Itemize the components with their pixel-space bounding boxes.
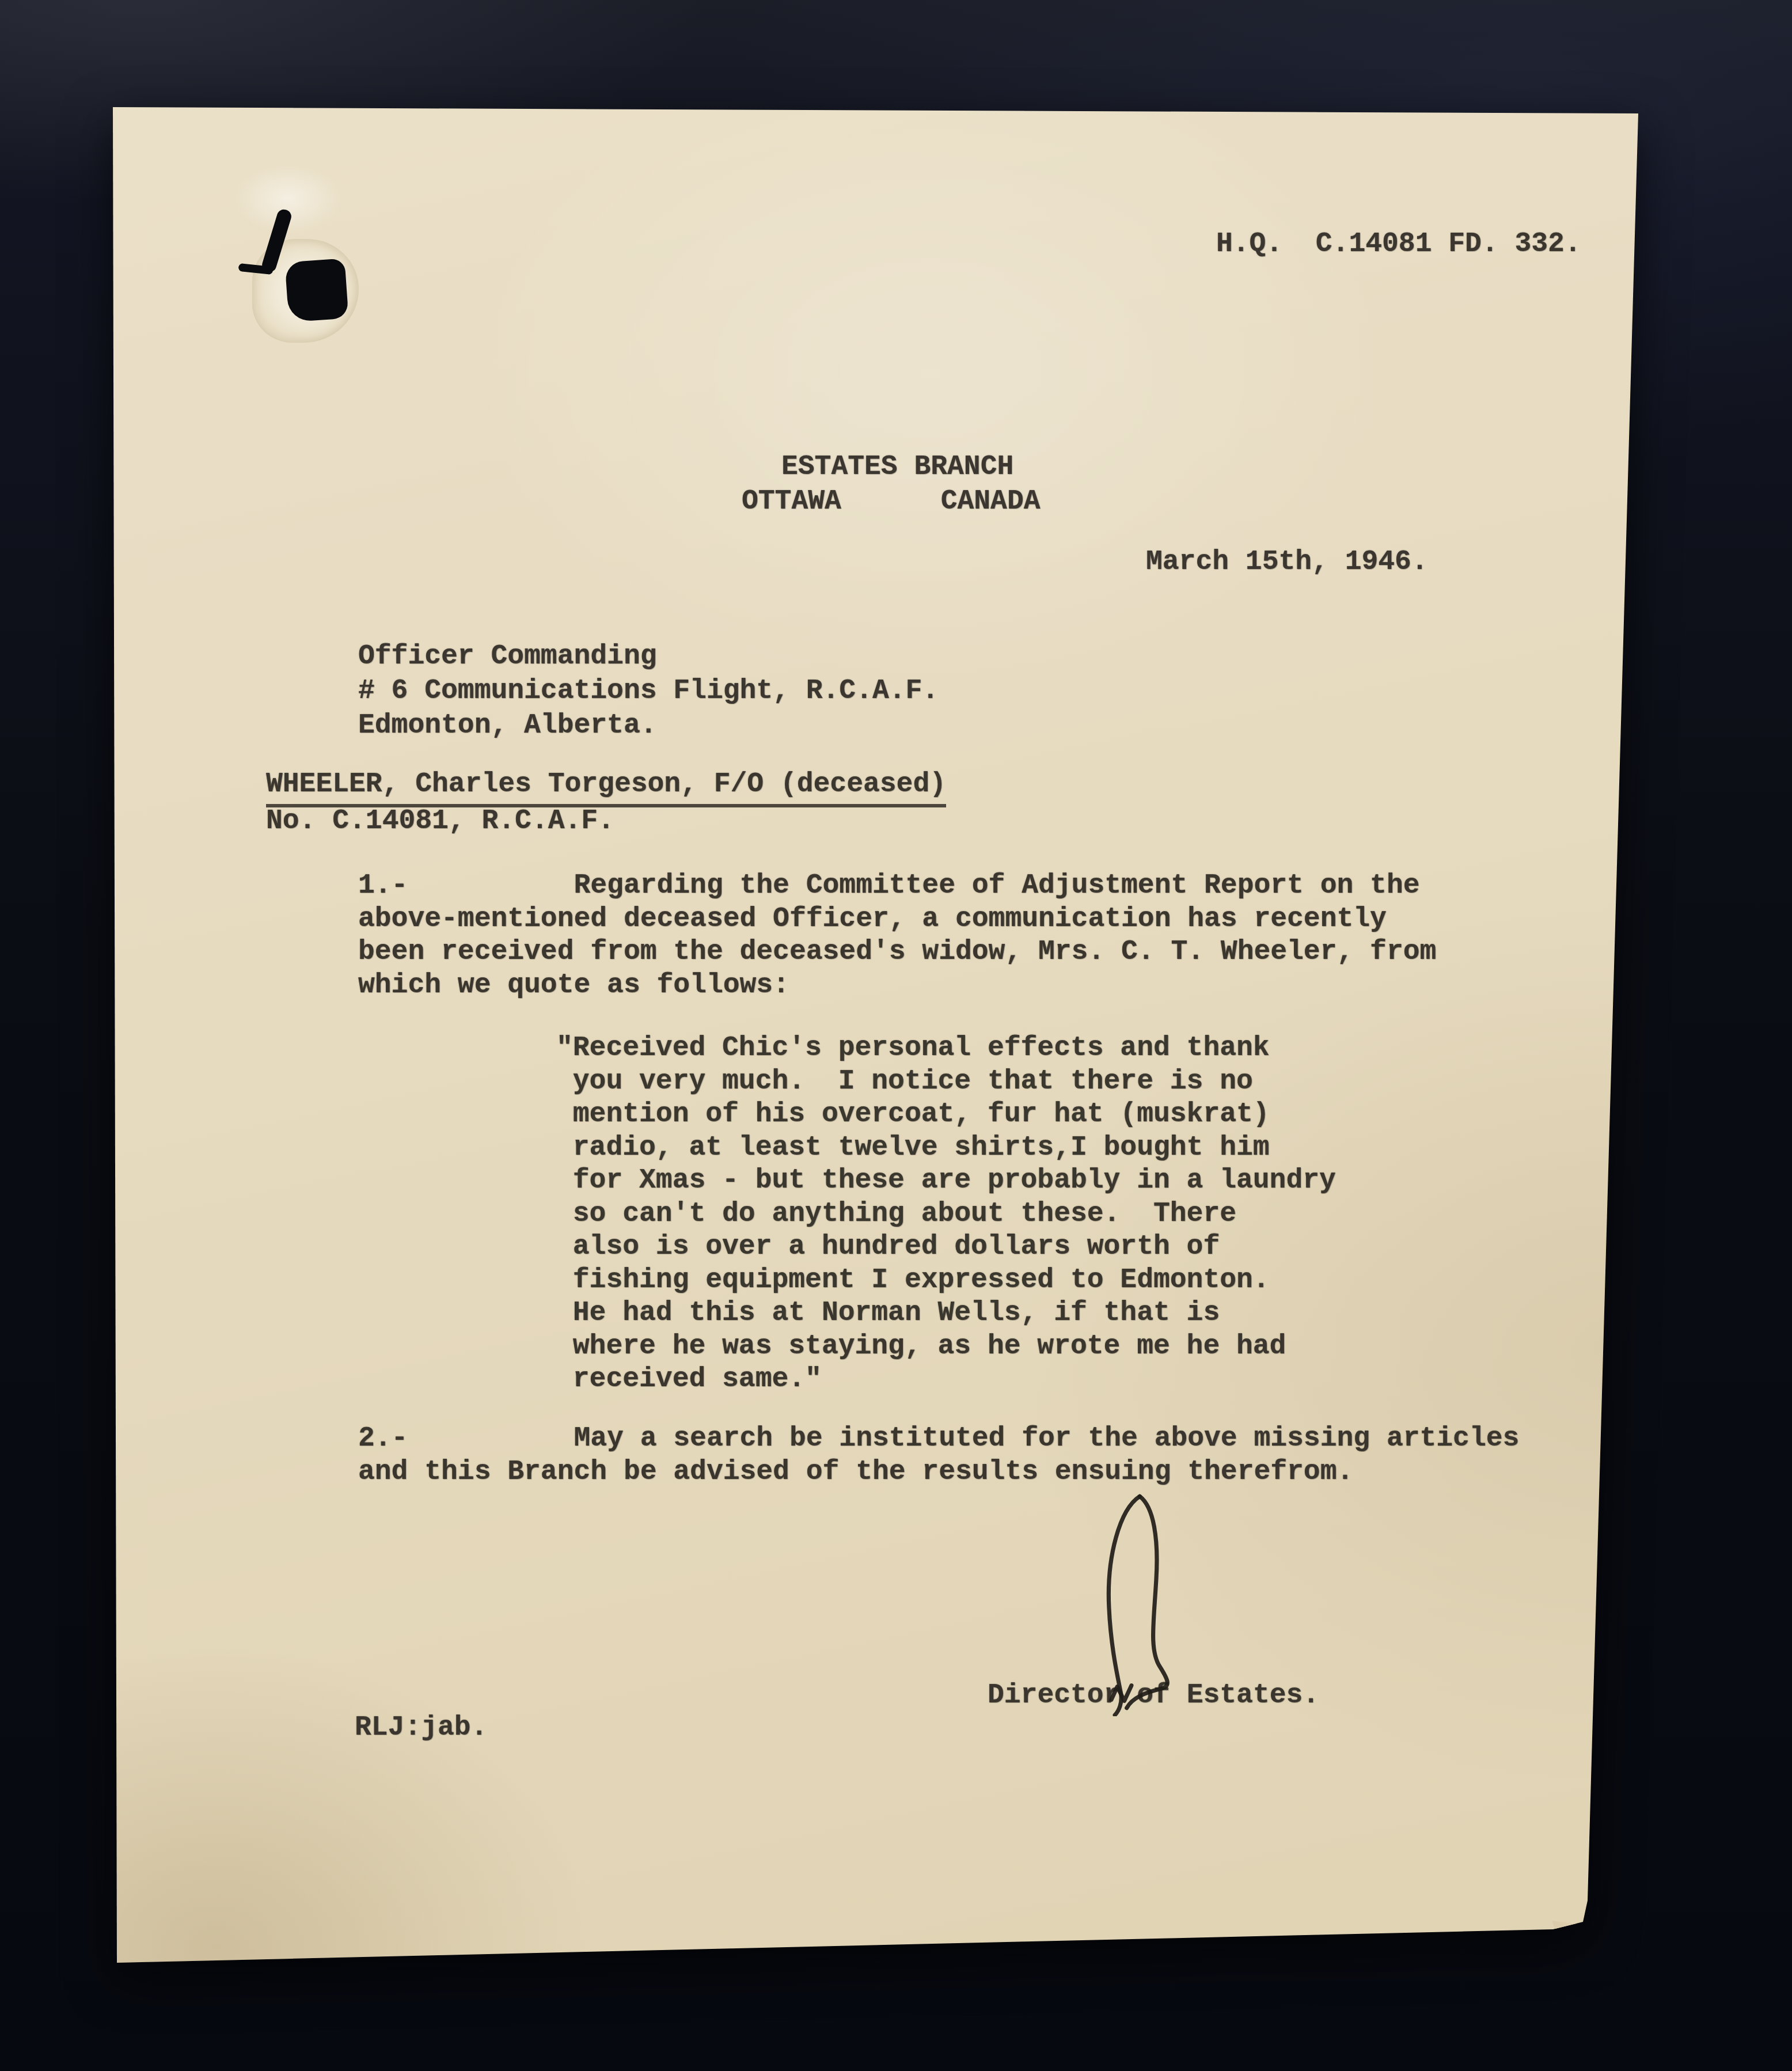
recipient-address-block: Officer Commanding# 6 Communications Fli… [358, 639, 939, 743]
paper-sheet: H.Q. C.14081 FD. 332. ESTATES BRANCH OTT… [0, 0, 1792, 2071]
letterhead-organization: ESTATES BRANCH [781, 451, 1013, 484]
punch-hole [284, 258, 348, 322]
subject-service-number: No. C.14081, R.C.A.F. [266, 805, 614, 839]
paragraph-1: 1.- Regarding the Committee of Adjustmen… [358, 870, 1436, 1002]
signature-scribble [1069, 1492, 1201, 1716]
subject-line-underlined: WHEELER, Charles Torgeson, F/O (deceased… [266, 768, 946, 807]
date-line: March 15th, 1946. [1146, 546, 1428, 579]
document-page: H.Q. C.14081 FD. 332. ESTATES BRANCH OTT… [0, 0, 1792, 2071]
folded-corner [1547, 1919, 1596, 1960]
quoted-widow-letter: "Received Chic's personal effects and th… [556, 1032, 1336, 1397]
file-reference-number: H.Q. C.14081 FD. 332. [1216, 228, 1581, 261]
paragraph-2: 2.- May a search be instituted for the a… [358, 1423, 1519, 1489]
typist-initials: RLJ:jab. [355, 1712, 487, 1745]
letterhead-location: OTTAWA CANADA [742, 485, 1040, 519]
photo-background: H.Q. C.14081 FD. 332. ESTATES BRANCH OTT… [0, 0, 1792, 2071]
